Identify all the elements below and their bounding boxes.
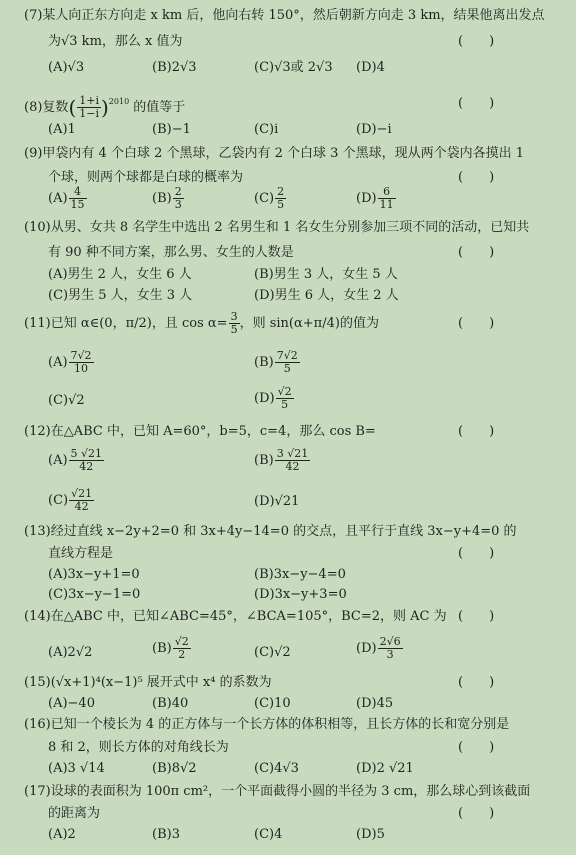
answer-blank[interactable]: ( ) [458, 170, 494, 186]
question-stem: 经过直线 x−2y+2=0 和 3x+4y−14=0 的交点，且平行于直线 3x… [51, 524, 517, 539]
option-d[interactable]: (D)45 [356, 696, 393, 712]
option-a[interactable]: (A)−40 [48, 696, 95, 712]
question-number: (11) [24, 316, 51, 331]
option-a[interactable]: (A)1 [48, 122, 76, 138]
option-c[interactable]: (C)i [254, 122, 278, 138]
exponent: 2010 [109, 97, 129, 106]
option-a[interactable]: (A)√3 [48, 60, 84, 76]
question-number: (13) [24, 524, 51, 539]
option-b[interactable]: (B)3x−y−4=0 [254, 567, 346, 583]
question-stem: 在△ABC 中，已知∠ABC=45°，∠BCA=105°，BC=2，则 AC 为 [51, 609, 447, 624]
question-number: (7) [24, 8, 42, 23]
question-stem: 甲袋内有 4 个白球 2 个黑球，乙袋内有 2 个白球 3 个黑球，现从两个袋内… [42, 146, 524, 161]
option-c[interactable]: (C)√2 [48, 393, 85, 409]
option-d[interactable]: (D)611 [356, 186, 396, 211]
option-b[interactable]: (B)3 √2142 [254, 448, 310, 473]
option-d[interactable]: (D)√21 [254, 494, 299, 510]
option-a[interactable]: (A)男生 2 人，女生 6 人 [48, 267, 192, 283]
option-c[interactable]: (C)25 [254, 186, 286, 211]
question-stem: 某人向正东方向走 x km 后，他向右转 150°，然后朝新方向走 3 km，结… [42, 8, 544, 23]
option-d[interactable]: (D)−i [356, 122, 392, 138]
question-number: (9) [24, 146, 42, 161]
option-d[interactable]: (D)2√63 [356, 636, 403, 661]
option-b[interactable]: (B)2√3 [152, 60, 197, 76]
question-stem: 设球的表面积为 100π cm²，一个平面截得小圆的半径为 3 cm，那么球心到… [51, 784, 531, 799]
option-b[interactable]: (B)−1 [152, 122, 191, 138]
option-b[interactable]: (B)√22 [152, 636, 191, 661]
answer-blank[interactable]: ( ) [458, 740, 494, 756]
answer-blank[interactable]: ( ) [458, 245, 494, 261]
question-stem: 复数 [42, 100, 68, 115]
question-number: (15) [24, 675, 51, 690]
question-stem: 在△ABC 中，已知 A=60°，b=5，c=4，那么 cos B= [51, 424, 376, 439]
option-c[interactable]: (C)4 [254, 827, 282, 843]
option-c[interactable]: (C)√3或 2√3 [254, 60, 333, 76]
option-a[interactable]: (A)2 [48, 827, 76, 843]
question-number: (14) [24, 609, 51, 624]
answer-blank[interactable]: ( ) [458, 546, 494, 562]
question-stem-cont: 有 90 种不同方案，那么男、女生的人数是 [48, 245, 294, 261]
exam-page: (7)某人向正东方向走 x km 后，他向右转 150°，然后朝新方向走 3 k… [0, 0, 576, 855]
question-number: (8) [24, 100, 42, 115]
answer-blank[interactable]: ( ) [458, 34, 494, 50]
option-b[interactable]: (B)40 [152, 696, 188, 712]
option-b[interactable]: (B)7√25 [254, 350, 300, 375]
answer-blank[interactable]: ( ) [458, 316, 494, 332]
interval: (0，π/2) [99, 316, 152, 331]
option-d[interactable]: (D)2 √21 [356, 761, 414, 777]
answer-blank[interactable]: ( ) [458, 675, 494, 691]
option-a[interactable]: (A)5 √2142 [48, 448, 104, 473]
option-a[interactable]: (A)415 [48, 186, 87, 211]
option-a[interactable]: (A)3x−y+1=0 [48, 567, 140, 583]
answer-blank[interactable]: ( ) [458, 609, 494, 625]
option-b[interactable]: (B)3 [152, 827, 180, 843]
question-stem-cont: 个球，则两个球都是白球的概率为 [48, 170, 243, 186]
question-stem-cont: 的距离为 [48, 806, 100, 822]
option-b[interactable]: (B)23 [152, 186, 184, 211]
option-c[interactable]: (C)男生 5 人，女生 3 人 [48, 288, 192, 304]
option-a[interactable]: (A)7√210 [48, 350, 94, 375]
option-d[interactable]: (D)√25 [254, 386, 294, 411]
question-stem-cont: 直线方程是 [48, 546, 113, 562]
question-number: (17) [24, 784, 51, 799]
question-stem-cont: 8 和 2，则长方体的对角线长为 [48, 740, 229, 756]
option-b[interactable]: (B)男生 3 人，女生 5 人 [254, 267, 398, 283]
question-number: (10) [24, 220, 51, 235]
option-c[interactable]: (C)4√3 [254, 761, 299, 777]
answer-blank[interactable]: ( ) [458, 424, 494, 440]
option-d[interactable]: (D)4 [356, 60, 385, 76]
question-number: (16) [24, 717, 51, 732]
question-stem: 已知一个棱长为 4 的正方体与一个长方体的体积相等，且长方体的长和宽分别是 [51, 717, 510, 732]
question-stem-cont: 为√3 km，那么 x 值为 [48, 34, 183, 50]
option-d[interactable]: (D)5 [356, 827, 385, 843]
answer-blank[interactable]: ( ) [458, 96, 494, 112]
option-c[interactable]: (C)10 [254, 696, 291, 712]
option-c[interactable]: (C)3x−y−1=0 [48, 587, 140, 603]
answer-blank[interactable]: ( ) [458, 806, 494, 822]
option-c[interactable]: (C)√2142 [48, 488, 94, 513]
option-d[interactable]: (D)3x−y+3=0 [254, 587, 347, 603]
option-d[interactable]: (D)男生 6 人，女生 2 人 [254, 288, 399, 304]
option-a[interactable]: (A)2√2 [48, 645, 92, 661]
option-c[interactable]: (C)√2 [254, 645, 291, 661]
question-stem: (√x+1)⁴(x−1)⁵ 展开式中 x⁴ 的系数为 [51, 675, 272, 690]
option-b[interactable]: (B)8√2 [152, 761, 197, 777]
option-a[interactable]: (A)3 √14 [48, 761, 105, 777]
question-number: (12) [24, 424, 51, 439]
question-stem: 从男、女共 8 名学生中选出 2 名男生和 1 名女生分别参加三项不同的活动，已… [51, 220, 530, 235]
fraction: 1+i1−i [77, 95, 101, 120]
